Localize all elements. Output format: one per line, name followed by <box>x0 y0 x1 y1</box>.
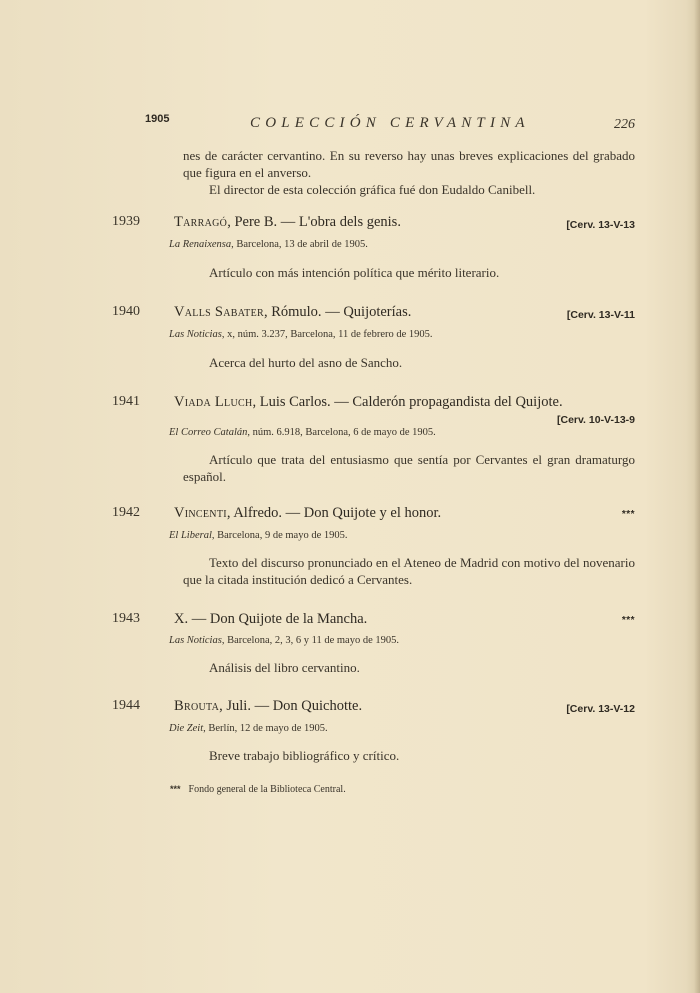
entry-author-surname: Viada Lluch <box>174 394 252 410</box>
entry-source-publication: El Correo Catalán <box>169 427 247 438</box>
entry-note: Texto del discurso pronunciado en el Ate… <box>183 554 635 588</box>
entry-signature: *** <box>622 615 635 626</box>
entry-author-surname: Tarragó <box>174 214 227 230</box>
entry-number: 1943 <box>112 611 140 627</box>
entry-heading: Viada Lluch, Luis Carlos. — Calderón pro… <box>174 394 563 411</box>
entry-source: La Renaixensa, Barcelona, 13 de abril de… <box>169 239 368 250</box>
entry-title: — L'obra dels genis. <box>277 214 401 230</box>
entry-author-given: X. <box>174 611 188 627</box>
entry-heading: Tarragó, Pere B. — L'obra dels genis. <box>174 214 401 231</box>
entry-author-given: , Juli. <box>219 698 251 714</box>
entry-source-publication: La Renaixensa <box>169 239 231 250</box>
entry-note: Análisis del libro cervantino. <box>183 659 635 676</box>
entry-source-details: , Barcelona, 9 de mayo de 1905. <box>212 530 348 541</box>
entry-number: 1942 <box>112 505 140 521</box>
entry-source-details: , Barcelona, 2, 3, 6 y 11 de mayo de 190… <box>222 635 399 646</box>
intro-paragraph-2: El director de esta colección gráfica fu… <box>183 181 635 198</box>
entry-author-given: , Rómulo. <box>264 304 322 320</box>
entry-note: Acerca del hurto del asno de Sancho. <box>183 354 635 371</box>
entry-title: — Calderón propagandista del Quijote. <box>331 394 563 410</box>
entry-number: 1941 <box>112 394 140 410</box>
entry-title: — Don Quijote de la Mancha. <box>188 611 367 627</box>
entry-signature: [Cerv. 13-V-12 <box>566 703 635 715</box>
entry-source-details: , núm. 6.918, Barcelona, 6 de mayo de 19… <box>247 427 435 438</box>
entry-signature: [Cerv. 13-V-11 <box>567 309 635 321</box>
footnote-mark: *** <box>170 784 181 794</box>
intro-paragraph-1: nes de carácter cervantino. En su revers… <box>183 147 635 181</box>
entry-title: — Don Quichotte. <box>251 698 362 714</box>
entry-author-given: , Pere B. <box>227 214 277 230</box>
page-edge-shadow <box>694 0 700 993</box>
entry-source-publication: El Liberal <box>169 530 212 541</box>
entry-source-publication: Las Noticias <box>169 635 222 646</box>
footnote: ***Fondo general de la Biblioteca Centra… <box>170 784 346 795</box>
entry-note: Breve trabajo bibliográfico y crítico. <box>183 747 635 764</box>
entry-source: El Correo Catalán, núm. 6.918, Barcelona… <box>169 427 436 438</box>
book-page: 1905 COLECCIÓN CERVANTINA 226 nes de car… <box>0 0 700 993</box>
entry-author-given: , Alfredo. <box>227 505 282 521</box>
entry-author-surname: Vincenti <box>174 505 227 521</box>
page-number: 226 <box>614 117 635 133</box>
intro-continuation: nes de carácter cervantino. En su revers… <box>183 147 635 198</box>
entry-author-given: , Luis Carlos. <box>252 394 330 410</box>
entry-note: Artículo que trata del entusiasmo que se… <box>183 451 635 485</box>
entry-heading: X. — Don Quijote de la Mancha. <box>174 611 367 628</box>
entry-heading: Vincenti, Alfredo. — Don Quijote y el ho… <box>174 505 441 522</box>
entry-source: Die Zeit, Berlín, 12 de mayo de 1905. <box>169 723 328 734</box>
footnote-text: Fondo general de la Biblioteca Central. <box>189 784 346 795</box>
header-title: COLECCIÓN CERVANTINA <box>250 115 530 132</box>
entry-number: 1940 <box>112 304 140 320</box>
entry-source-details: , Barcelona, 13 de abril de 1905. <box>231 239 368 250</box>
entry-title: — Don Quijote y el honor. <box>282 505 441 521</box>
entry-source-details: , x, núm. 3.237, Barcelona, 11 de febrer… <box>222 329 433 340</box>
entry-heading: Brouta, Juli. — Don Quichotte. <box>174 698 362 715</box>
entry-title: — Quijoterías. <box>322 304 412 320</box>
running-header: 1905 COLECCIÓN CERVANTINA 226 <box>145 113 635 135</box>
entry-number: 1944 <box>112 698 140 714</box>
entry-signature: *** <box>622 509 635 520</box>
entry-heading: Valls Sabater, Rómulo. — Quijoterías. <box>174 304 411 321</box>
entry-source-publication: Las Noticias <box>169 329 222 340</box>
entry-number: 1939 <box>112 214 140 230</box>
entry-author-surname: Brouta <box>174 698 219 714</box>
entry-source: Las Noticias, x, núm. 3.237, Barcelona, … <box>169 329 433 340</box>
entry-signature: [Cerv. 10-V-13-9 <box>557 414 635 426</box>
entry-source-details: , Berlín, 12 de mayo de 1905. <box>203 723 328 734</box>
header-year: 1905 <box>145 113 169 125</box>
entry-source: Las Noticias, Barcelona, 2, 3, 6 y 11 de… <box>169 635 399 646</box>
entry-source-publication: Die Zeit <box>169 723 203 734</box>
entry-source: El Liberal, Barcelona, 9 de mayo de 1905… <box>169 530 347 541</box>
entry-author-surname: Valls Sabater <box>174 304 264 320</box>
entry-signature: [Cerv. 13-V-13 <box>566 219 635 231</box>
entry-note: Artículo con más intención política que … <box>183 264 635 281</box>
